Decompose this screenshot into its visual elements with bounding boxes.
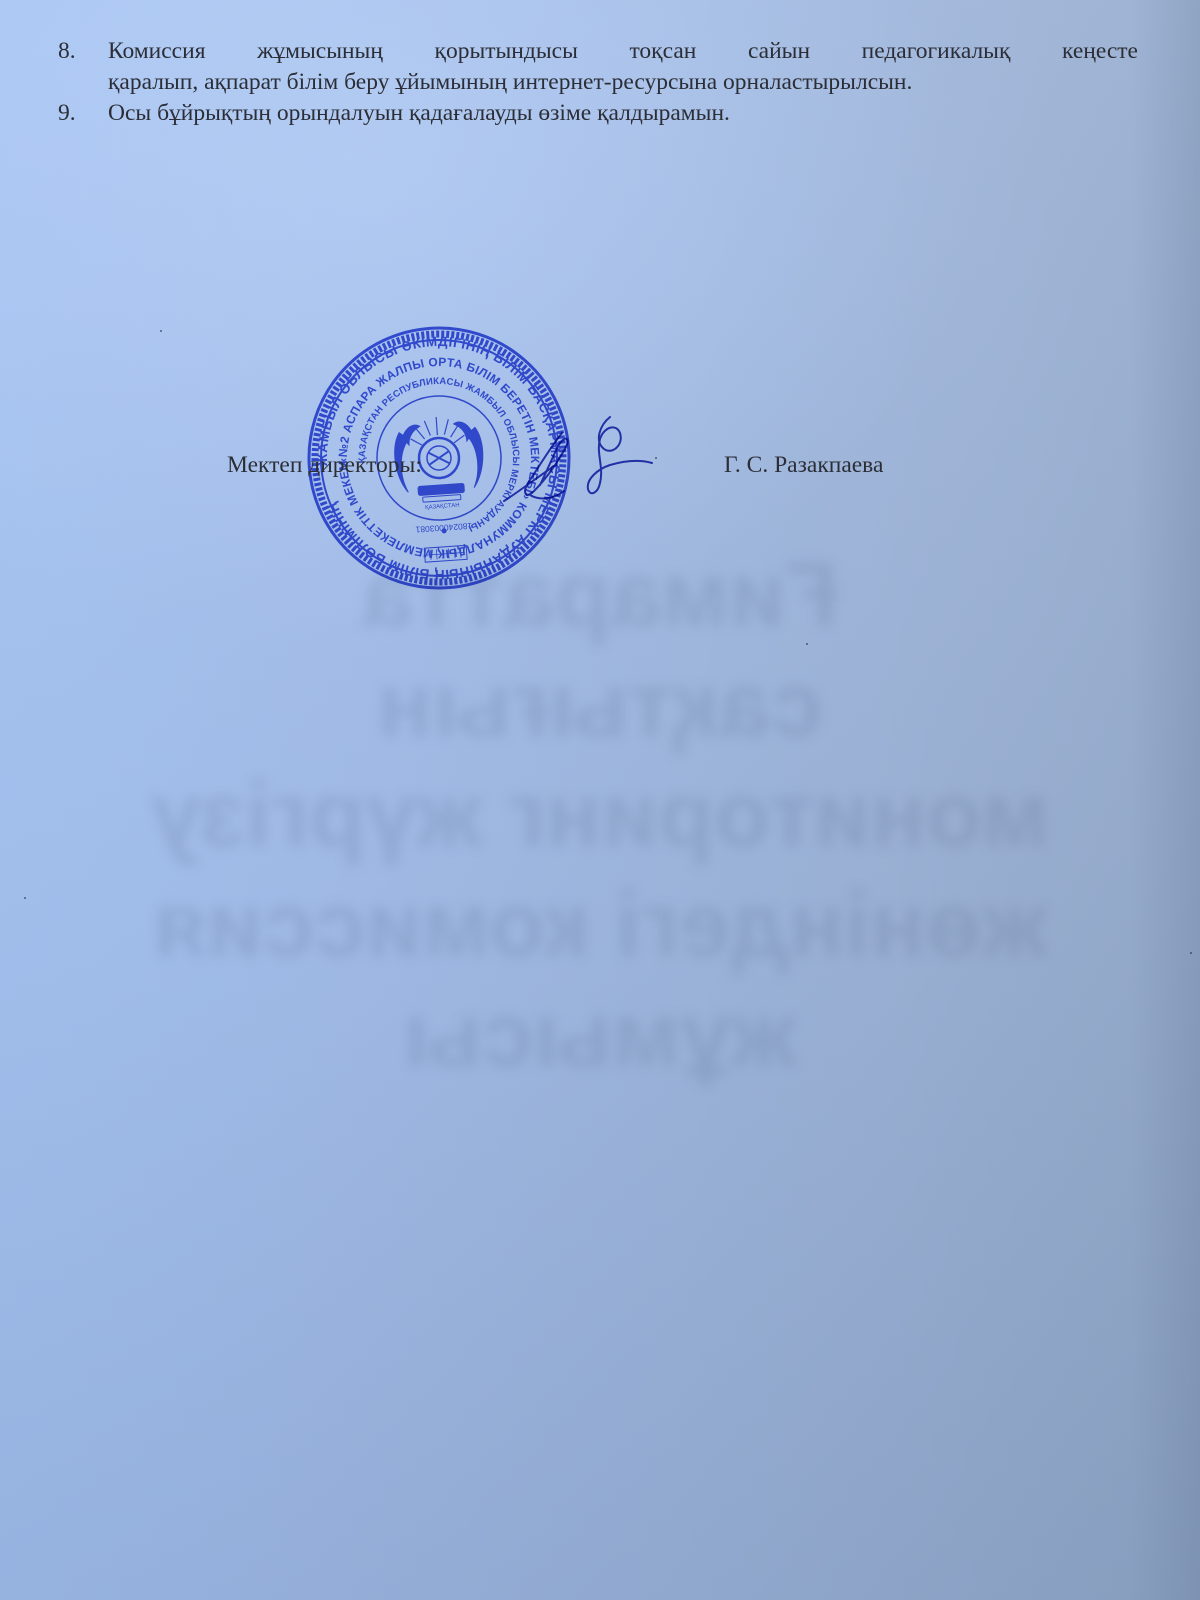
list-item-9: 9. Осы бұйрықтың орындалуын қадағалауды … [58, 98, 1138, 129]
page-edge-shadow [1130, 0, 1200, 1600]
item-text: Осы бұйрықтың орындалуын қадағалауды өзі… [108, 98, 1138, 129]
paper-speck [806, 643, 808, 645]
stamp-center-label: ҚАЗАҚСТАН [425, 503, 460, 511]
stamp-id-number: 180240003081 [415, 521, 473, 535]
item-number: 9. [58, 98, 76, 129]
handwritten-signature [500, 405, 670, 520]
item-text-line-1: Комиссия жұмысының қорытындысы тоқсан са… [108, 36, 1138, 67]
paper-speck [1190, 952, 1192, 954]
paper-speck [160, 330, 162, 332]
paper-speck [655, 457, 657, 459]
signatory-name: Г. С. Разакпаева [724, 452, 883, 479]
signatory-title: Мектеп директоры: [227, 452, 422, 479]
paper-speck [24, 897, 26, 899]
item-text-line-2: қаралып, ақпарат білім беру ұйымының инт… [108, 67, 1138, 98]
item-number: 8. [58, 36, 76, 67]
document-page [0, 0, 1200, 1600]
order-items-list: 8. Комиссия жұмысының қорытындысы тоқсан… [58, 36, 1138, 129]
list-item-8: 8. Комиссия жұмысының қорытындысы тоқсан… [58, 36, 1138, 98]
